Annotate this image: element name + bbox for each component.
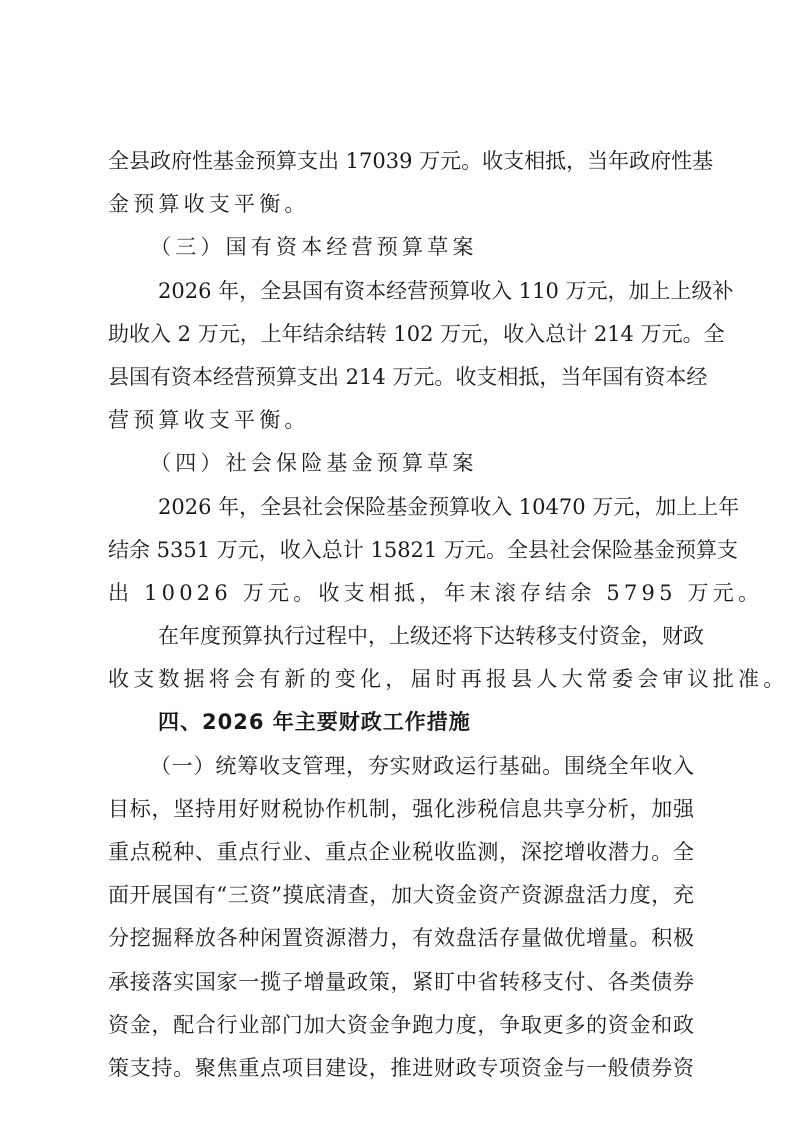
text-line-16: 目标，坚持用好财税协作机制，强化涉税信息共享分析，加强: [108, 788, 694, 831]
text-line-19: 分挖掘释放各种闲置资源潜力，有效盘活存量做优增量。积极: [108, 917, 694, 960]
text-line-17: 重点税种、重点行业、重点企业税收监测，深挖增收潜力。全: [108, 831, 694, 874]
text-line-22: 策支持。聚焦重点项目建设，推进财政专项资金与一般债券资: [108, 1047, 694, 1090]
text-line-4: 2026 年，全县国有资本经营预算收入 110 万元，加上上级补: [108, 270, 694, 313]
section-heading-state-capital: （三）国有资本经营预算草案: [108, 226, 694, 269]
text-line-1: 全县政府性基金预算支出 17039 万元。收支相抵，当年政府性基: [108, 140, 694, 183]
text-line-13: 收支数据将会有新的变化，届时再报县人大常委会审议批准。: [108, 658, 694, 701]
text-line-6: 县国有资本经营预算支出 214 万元。收支相抵，当年国有资本经: [108, 356, 694, 399]
section-heading-main-measures: 四、2026 年主要财政工作措施: [108, 701, 694, 744]
text-line-2: 金预算收支平衡。: [108, 183, 694, 226]
text-line-18: 面开展国有“三资”摸底清查，加大资金资产资源盘活力度，充: [108, 874, 694, 917]
section-heading-social-insurance: （四）社会保险基金预算草案: [108, 442, 694, 485]
document-page: 全县政府性基金预算支出 17039 万元。收支相抵，当年政府性基 金预算收支平衡…: [108, 140, 694, 1090]
text-line-10: 结余 5351 万元，收入总计 15821 万元。全县社会保险基金预算支: [108, 529, 694, 572]
text-line-21: 资金，配合行业部门加大资金争跑力度，争取更多的资金和政: [108, 1004, 694, 1047]
text-line-7: 营预算收支平衡。: [108, 399, 694, 442]
text-line-5: 助收入 2 万元，上年结余结转 102 万元，收入总计 214 万元。全: [108, 313, 694, 356]
text-line-9: 2026 年，全县社会保险基金预算收入 10470 万元，加上上年: [108, 486, 694, 529]
text-line-11: 出 10026 万元。收支相抵，年末滚存结余 5795 万元。: [108, 572, 694, 615]
text-line-20: 承接落实国家一揽子增量政策，紧盯中省转移支付、各类债券: [108, 961, 694, 1004]
text-line-12: 在年度预算执行过程中，上级还将下达转移支付资金，财政: [108, 615, 694, 658]
text-line-15: （一）统筹收支管理，夯实财政运行基础。围绕全年收入: [108, 745, 694, 788]
